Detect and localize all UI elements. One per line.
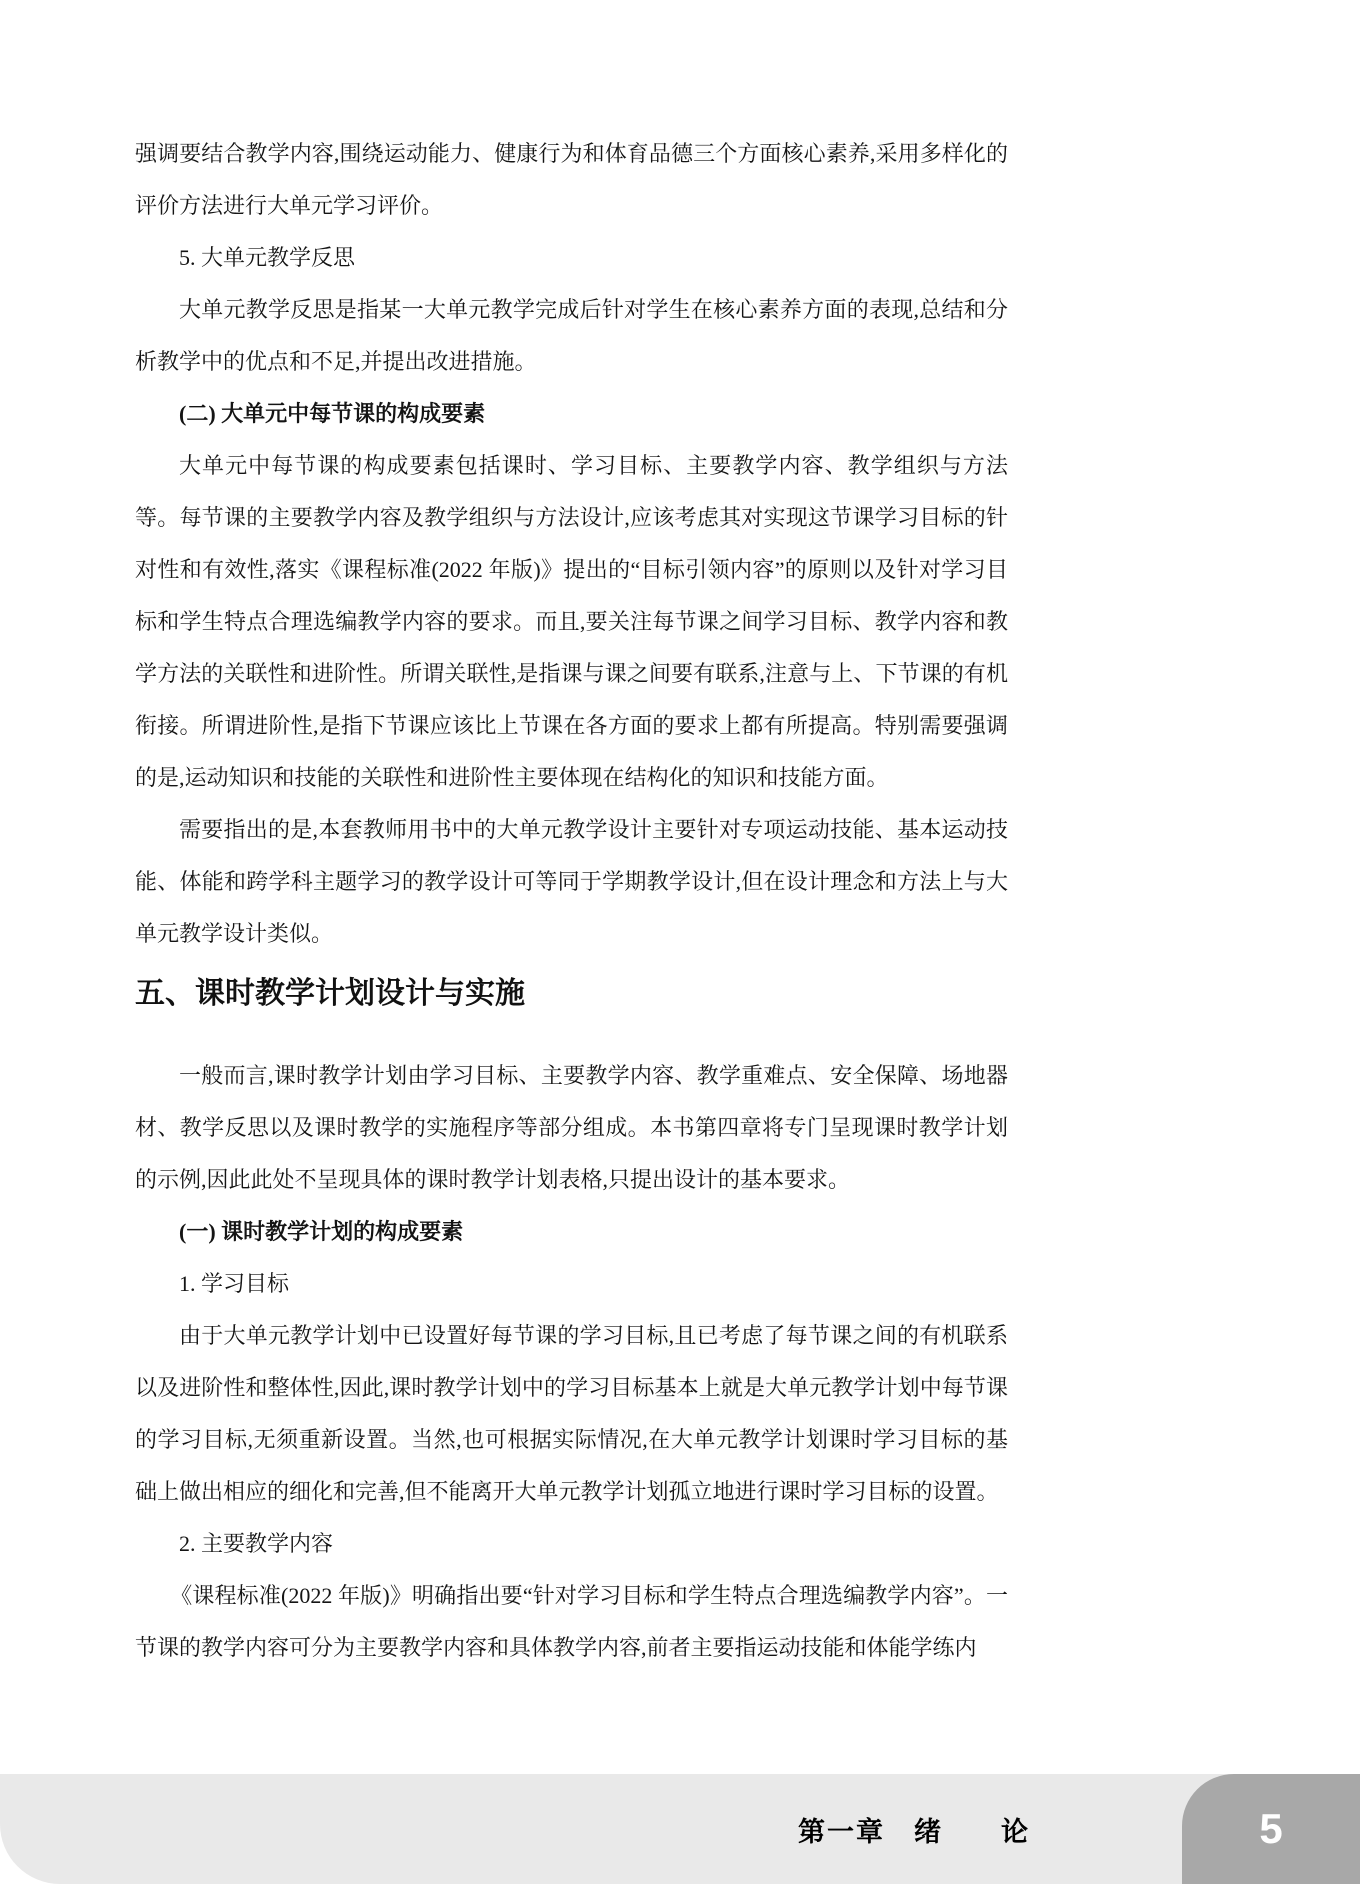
page-number-tab: 5 (1182, 1774, 1360, 1884)
paragraph: 大单元中每节课的构成要素包括课时、学习目标、主要教学内容、教学组织与方法等。每节… (135, 440, 1008, 804)
paragraph: 强调要结合教学内容,围绕运动能力、健康行为和体育品德三个方面核心素养,采用多样化… (135, 128, 1008, 232)
paragraph: 一般而言,课时教学计划由学习目标、主要教学内容、教学重难点、安全保障、场地器材、… (135, 1050, 1008, 1206)
section-heading: 五、课时教学计划设计与实施 (135, 972, 1008, 1016)
paragraph: 大单元教学反思是指某一大单元教学完成后针对学生在核心素养方面的表现,总结和分析教… (135, 284, 1008, 388)
page-content: 强调要结合教学内容,围绕运动能力、健康行为和体育品德三个方面核心素养,采用多样化… (135, 128, 1008, 1674)
subsection-heading: (二) 大单元中每节课的构成要素 (135, 388, 1008, 440)
page-footer: 第一章 绪 论 5 (0, 1774, 1360, 1884)
numbered-item-heading: 5. 大单元教学反思 (135, 232, 1008, 284)
numbered-item-heading: 1. 学习目标 (135, 1258, 1008, 1310)
paragraph: 需要指出的是,本套教师用书中的大单元教学设计主要针对专项运动技能、基本运动技能、… (135, 804, 1008, 960)
subsection-heading: (一) 课时教学计划的构成要素 (135, 1206, 1008, 1258)
paragraph: 《课程标准(2022 年版)》明确指出要“针对学习目标和学生特点合理选编教学内容… (135, 1570, 1008, 1674)
chapter-footer-label: 第一章 绪 论 (798, 1774, 1030, 1884)
book-page: { "document": { "paragraphs": [ { "role"… (0, 0, 1360, 1884)
numbered-item-heading: 2. 主要教学内容 (135, 1518, 1008, 1570)
paragraph: 由于大单元教学计划中已设置好每节课的学习目标,且已考虑了每节课之间的有机联系以及… (135, 1310, 1008, 1518)
page-number: 5 (1259, 1805, 1282, 1853)
